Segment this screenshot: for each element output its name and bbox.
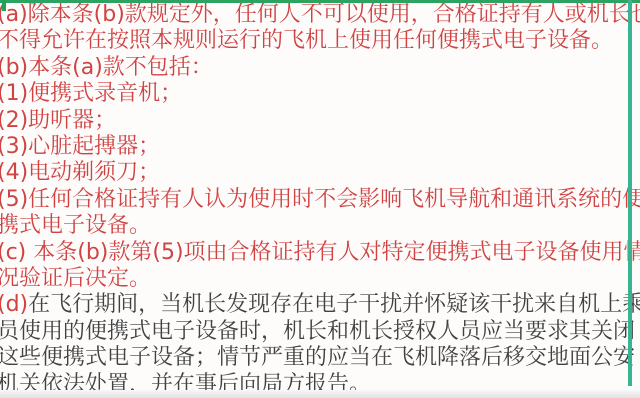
text-segment: 况验证后决定。: [0, 266, 151, 291]
text-segment: (d): [0, 292, 28, 317]
text-line: (d)在飞行期间，当机长发现存在电子干扰并怀疑该干扰来自机上乘: [0, 292, 639, 318]
text-line: 携式电子设备。: [0, 213, 639, 239]
text-segment: (a)除本条(b)款规定外，任何人不可以使用，合格证持有人或机长也: [0, 2, 640, 27]
text-segment: (1)便携式录音机；: [0, 81, 182, 106]
text-segment: 这些便携式电子设备；情节严重的应当在飞机降落后移交地面公安: [0, 345, 635, 370]
right-border-line: [628, 0, 632, 386]
text-line: (1)便携式录音机；: [0, 81, 639, 107]
text-line: (5)任何合格证持有人认为使用时不会影响飞机导航和通讯系统的便: [0, 187, 639, 213]
text-line: 员使用的便携式电子设备时，机长和机长授权人员应当要求其关闭: [0, 319, 639, 345]
text-segment: (4)电动剃须刀；: [0, 160, 160, 185]
text-line: (a)除本条(b)款规定外，任何人不可以使用，合格证持有人或机长也: [0, 2, 639, 28]
text-segment: (b)本条(a)款不包括：: [0, 55, 213, 80]
text-line: (c) 本条(b)款第(5)项由合格证持有人对特定便携式电子设备使用情: [0, 240, 639, 266]
text-segment: 员使用的便携式电子设备时，机长和机长授权人员应当要求其关闭: [0, 319, 635, 344]
bottom-gray-band: [0, 390, 640, 398]
text-line: 不得允许在按照本规则运行的飞机上使用任何便携式电子设备。: [0, 28, 639, 54]
text-line: (4)电动剃须刀；: [0, 160, 639, 186]
top-left-corner-mark: [2, 0, 6, 11]
text-line: (b)本条(a)款不包括：: [0, 55, 639, 81]
text-segment: 携式电子设备。: [0, 213, 151, 238]
text-segment: (c) 本条(b)款第(5)项由合格证持有人对特定便携式电子设备使用情: [0, 240, 640, 265]
text-segment: 在飞行期间，当机长发现存在电子干扰并怀疑该干扰来自机上乘: [28, 292, 640, 317]
text-line: 这些便携式电子设备；情节严重的应当在飞机降落后移交地面公安: [0, 345, 639, 371]
text-segment: (3)心脏起搏器；: [0, 134, 160, 159]
top-border-line: [0, 0, 640, 3]
text-segment: (2)助听器；: [0, 108, 116, 133]
text-line: (3)心脏起搏器；: [0, 134, 639, 160]
text-segment: 不得允许在按照本规则运行的飞机上使用任何便携式电子设备。: [0, 28, 613, 53]
text-line: (2)助听器；: [0, 108, 639, 134]
text-line: 况验证后决定。: [0, 266, 639, 292]
document-page: (a)除本条(b)款规定外，任何人不可以使用，合格证持有人或机长也不得允许在按照…: [0, 0, 640, 398]
text-block: (a)除本条(b)款规定外，任何人不可以使用，合格证持有人或机长也不得允许在按照…: [0, 2, 639, 398]
text-segment: (5)任何合格证持有人认为使用时不会影响飞机导航和通讯系统的便: [0, 187, 640, 212]
